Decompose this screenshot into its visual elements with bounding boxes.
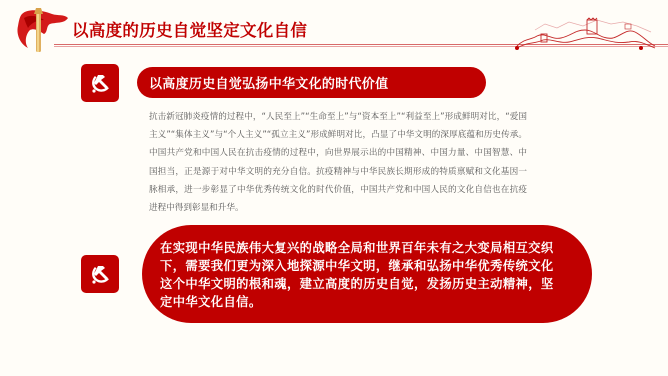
section-title-banner: 以高度历史自觉弘扬中华文化的时代价值 [137, 67, 486, 98]
quote-banner: 在实现中华民族伟大复兴的战略全局和世界百年未有之大变局相互交织下，需要我们更为深… [142, 225, 592, 323]
great-wall-line-art-icon [505, 16, 665, 52]
hammer-and-sickle-icon [87, 261, 113, 287]
page-title: 以高度的历史自觉坚定文化自信 [72, 17, 307, 41]
quote-text: 在实现中华民族伟大复兴的战略全局和世界百年未有之大变局相互交织下，需要我们更为深… [160, 239, 564, 311]
party-badge [81, 255, 119, 293]
section-body-text: 抗击新冠肺炎疫情的过程中，“人民至上”“生命至上”与“资本至上”“利益至上”形成… [149, 108, 527, 217]
slide: 以高度的历史自觉坚定文化自信 以高度历史自觉弘扬中华文化的时代价值 抗击新冠肺炎… [0, 0, 668, 376]
party-badge [81, 64, 119, 102]
section-title: 以高度历史自觉弘扬中华文化的时代价值 [149, 73, 388, 92]
hammer-and-sickle-icon [87, 70, 113, 96]
